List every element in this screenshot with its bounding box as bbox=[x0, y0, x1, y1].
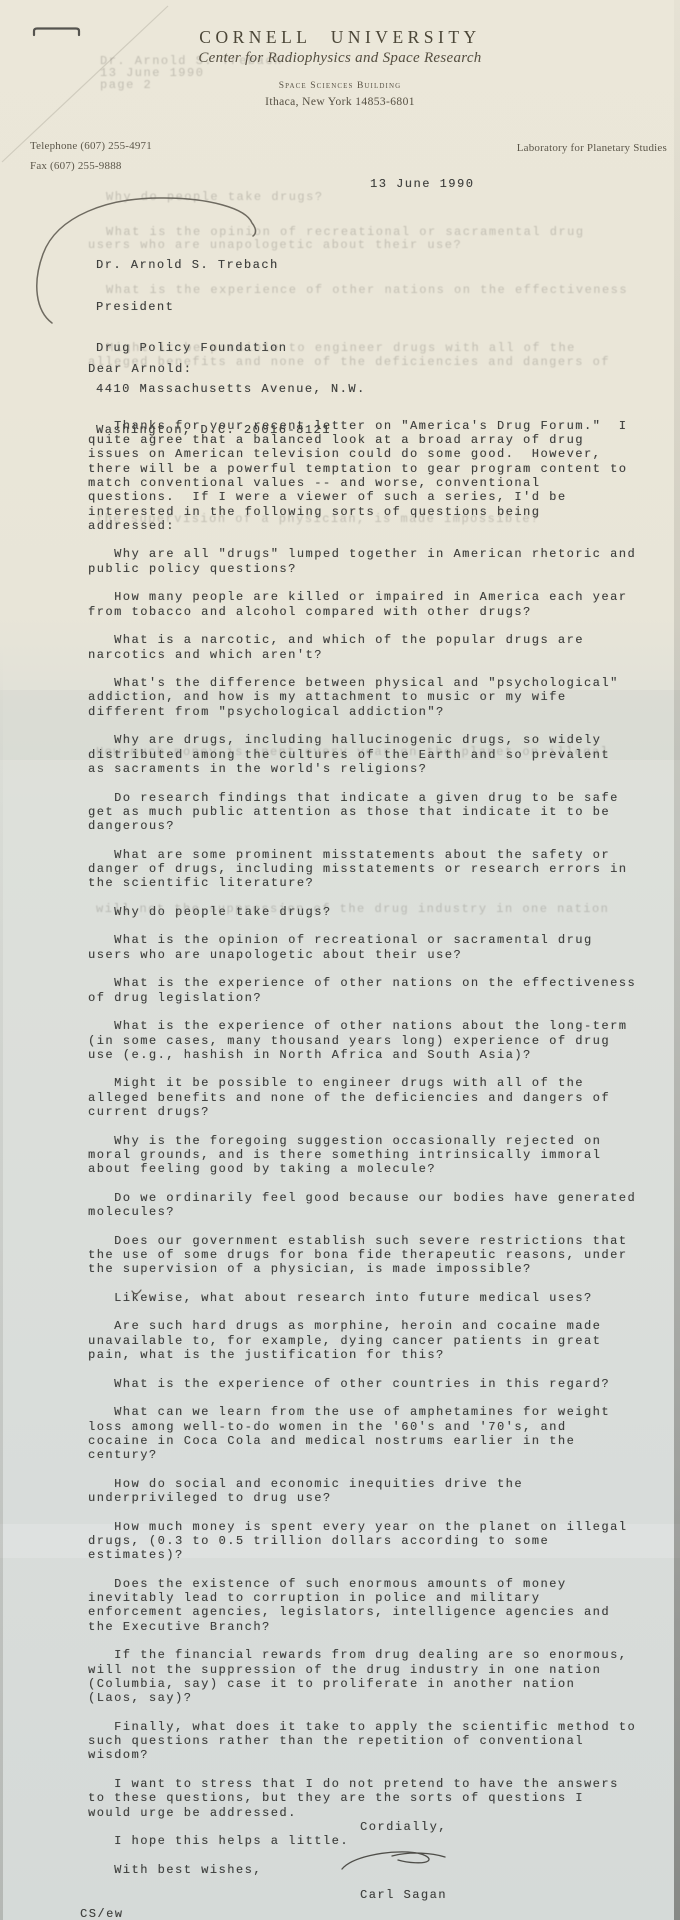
letter-paragraph: What can we learn from the use of amphet… bbox=[88, 1405, 636, 1462]
letter-paragraph: Might it be possible to engineer drugs w… bbox=[88, 1076, 636, 1119]
signed-name: Carl Sagan bbox=[360, 1889, 447, 1903]
ghost-text-line: Why do people take drugs? bbox=[106, 190, 324, 204]
letter-paragraph: What is a narcotic, and which of the pop… bbox=[88, 633, 636, 662]
ghost-text-line: How much money is spent every year on th… bbox=[96, 745, 609, 759]
letter-date: 13 June 1990 bbox=[370, 178, 474, 192]
ghost-text-line: alleged benefits and none of the deficie… bbox=[88, 355, 610, 369]
letterhead-fax: Fax (607) 255-9888 bbox=[30, 160, 122, 172]
letter-paragraph: Why is the foregoing suggestion occasion… bbox=[88, 1134, 636, 1177]
ghost-text-line: the supervision of a physician, is made … bbox=[96, 512, 540, 526]
letter-paragraph: How do social and economic inequities dr… bbox=[88, 1477, 636, 1506]
letter-paragraph: What is the experience of other nations … bbox=[88, 976, 636, 1005]
pen-caret-mark bbox=[131, 1289, 143, 1298]
letterhead-telephone: Telephone (607) 255-4971 bbox=[30, 140, 152, 152]
ghost-text-line: What is the experience of other nations … bbox=[106, 283, 628, 297]
letterhead-city-line: Ithaca, New York 14853-6801 bbox=[0, 96, 680, 108]
letter-paragraph: Do we ordinarily feel good because our b… bbox=[88, 1191, 636, 1220]
letter-paragraph: Likewise, what about research into futur… bbox=[88, 1291, 636, 1305]
letter-paragraph: Are such hard drugs as morphine, heroin … bbox=[88, 1319, 636, 1362]
letter-paragraph: What is the opinion of recreational or s… bbox=[88, 933, 636, 962]
letter-paragraph: Does our government establish such sever… bbox=[88, 1234, 636, 1277]
letter-paragraph: What is the experience of other countrie… bbox=[88, 1377, 636, 1391]
letter-paragraph: What is the experience of other nations … bbox=[88, 1019, 636, 1062]
letter-paragraph: What's the difference between physical a… bbox=[88, 676, 636, 719]
letter-paragraph: Does the existence of such enormous amou… bbox=[88, 1577, 636, 1634]
letter-paragraph: Finally, what does it take to apply the … bbox=[88, 1720, 636, 1763]
letterhead-institution: CORNELL UNIVERSITY bbox=[0, 27, 680, 48]
scan-edge-shadow bbox=[0, 640, 3, 1920]
ghost-text-line: page 2 bbox=[100, 78, 152, 92]
letter-paragraph: Why are all "drugs" lumped together in A… bbox=[88, 547, 636, 576]
recipient-line: Dr. Arnold S. Trebach bbox=[96, 259, 366, 273]
letter-paragraph: What are some prominent misstatements ab… bbox=[88, 848, 636, 891]
ghost-text-line: will not the suppression of the drug ind… bbox=[96, 902, 609, 916]
letterhead-lab: Laboratory for Planetary Studies bbox=[517, 142, 667, 154]
letter-paragraph: How many people are killed or impaired i… bbox=[88, 590, 636, 619]
ghost-text-line: users who are unapologetic about their u… bbox=[88, 238, 462, 252]
letter-paragraph: Do research findings that indicate a giv… bbox=[88, 791, 636, 834]
typist-initials: CS/ew bbox=[80, 1908, 124, 1920]
valediction: Cordially, bbox=[360, 1821, 447, 1835]
ghost-text-line: Might it be possible to engineer drugs w… bbox=[106, 341, 576, 355]
ghost-text-line: What is the opinion of recreational or s… bbox=[106, 225, 585, 239]
recipient-line: President bbox=[96, 301, 366, 315]
scan-edge-shadow bbox=[674, 0, 680, 1920]
signature bbox=[332, 1843, 457, 1875]
letter-body: Dear Arnold: Thanks for your recent lett… bbox=[88, 333, 636, 1877]
scanned-letter-page: CORNELL UNIVERSITY Center for Radiophysi… bbox=[0, 0, 680, 1920]
letter-paragraph: If the financial rewards from drug deali… bbox=[88, 1648, 636, 1705]
letter-paragraph: How much money is spent every year on th… bbox=[88, 1520, 636, 1563]
letter-paragraph: I want to stress that I do not pretend t… bbox=[88, 1777, 636, 1820]
